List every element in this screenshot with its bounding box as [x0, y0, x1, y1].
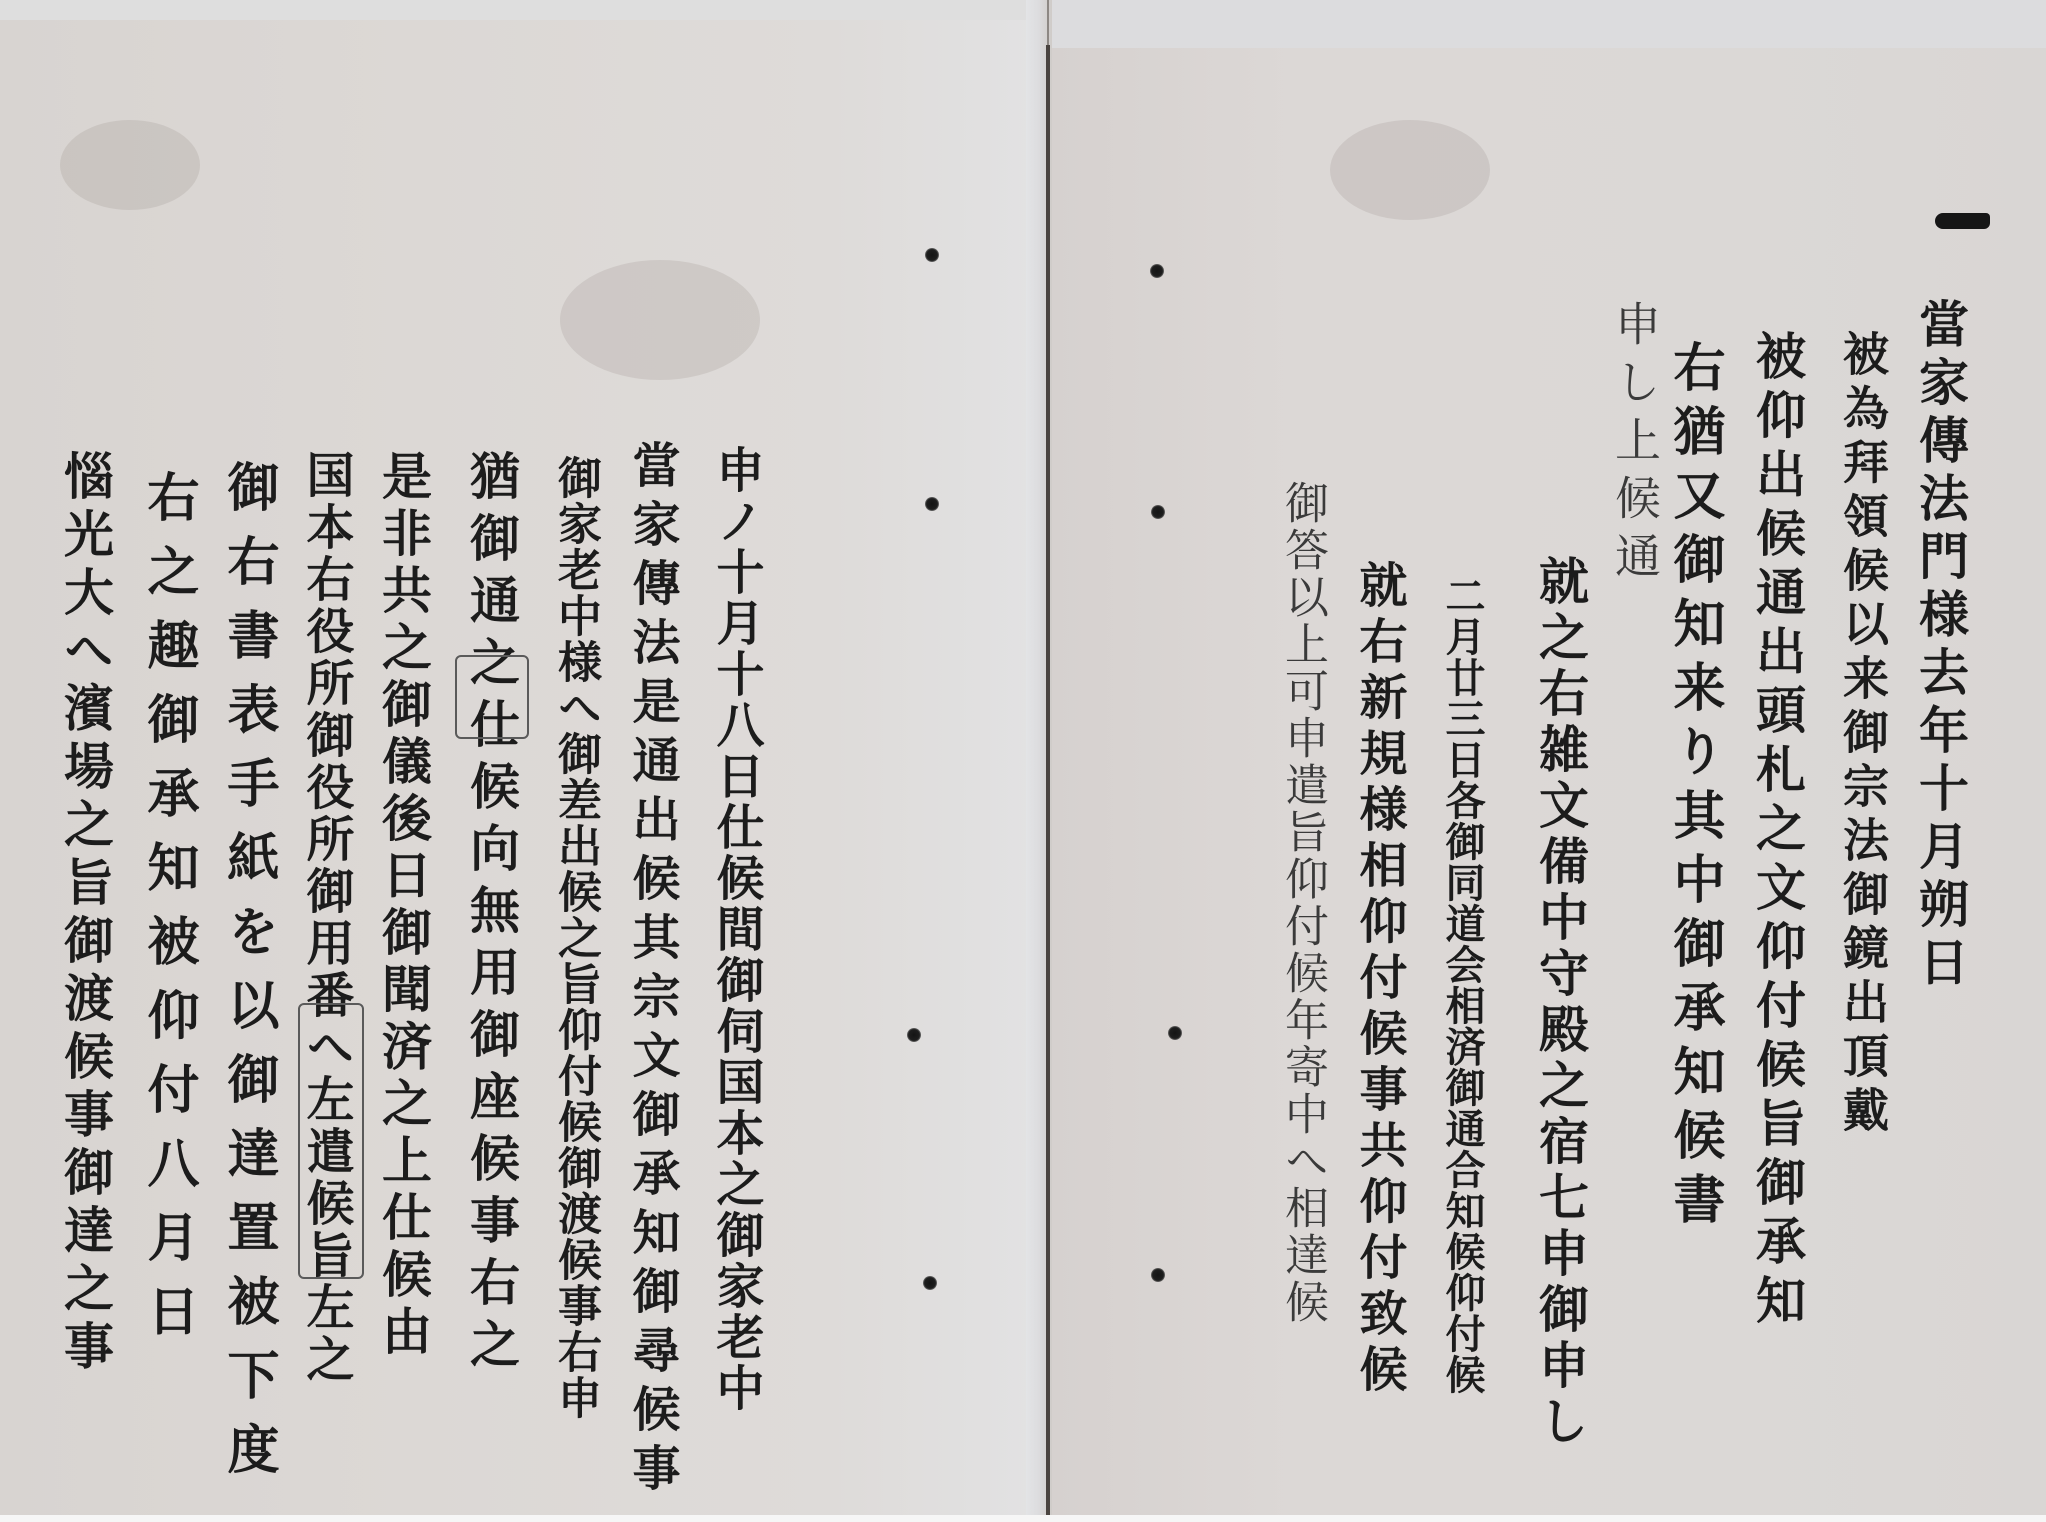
paper-stain: [1330, 120, 1490, 220]
left-column-1: 申ノ十月十八日仕候間御伺国本之御家老中: [712, 445, 760, 1414]
right-column-3: 被仰出候通出頭札之文仰付候旨御承知: [1752, 330, 1802, 1333]
binding-hole: [923, 1276, 937, 1290]
binding-hole: [1168, 1026, 1182, 1040]
left-column-7: 御右書表手紙を以御達置被下度: [222, 460, 274, 1496]
left-page-top-edge: [0, 0, 1040, 20]
right-column-9: 御答以上可申遣旨仰付候年寄中へ相達候: [1280, 480, 1324, 1326]
manuscript-scan: 當家傳法門様去年十月朔日 被為拜領候以来御宗法御鏡出頂戴 被仰出候通出頭札之文仰…: [0, 0, 2046, 1522]
paper-stain: [60, 120, 200, 210]
right-page-top-edge: [1052, 0, 2046, 48]
right-column-2: 被為拜領候以来御宗法御鏡出頂戴: [1840, 330, 1886, 1140]
boxed-annotation-1: [455, 655, 529, 739]
right-column-6: 就之右雑文備中守殿之宿七申御申し: [1535, 555, 1585, 1451]
binding-line-top: [1047, 0, 1049, 45]
left-column-9: 惱光大へ濱場之旨御渡候事御達之事: [60, 450, 110, 1378]
binding-hole: [1151, 505, 1165, 519]
binding-hole: [925, 497, 939, 511]
binding-hole: [907, 1028, 921, 1042]
left-column-8: 右之趣御承知被仰付八月日: [142, 470, 194, 1358]
boxed-annotation-2: [298, 1003, 364, 1279]
scan-bottom-edge: [0, 1515, 2046, 1522]
left-column-4: 猶御通之仕候向無用御座候事右之: [466, 450, 516, 1380]
left-column-2: 當家傳法是通出候其宗文御承知御尋候事: [628, 440, 676, 1502]
right-column-8: 就右新規様相仰付候事共仰付致候: [1355, 560, 1403, 1400]
binding-line: [1046, 45, 1050, 1515]
binding-hole: [925, 248, 939, 262]
right-column-5: 申し上候通: [1612, 300, 1658, 590]
paper-stain: [560, 260, 760, 380]
right-column-7: 二月廿三日各御同道会相済御通合知候仰付候: [1442, 575, 1482, 1395]
binding-hole: [1151, 1268, 1165, 1282]
item-marker-ichi: [1935, 213, 1990, 229]
binding-hole: [1150, 264, 1164, 278]
left-column-5: 是非共之御儀後日御聞済之上仕候由: [378, 450, 428, 1362]
right-column-4: 右猶又御知来り其中御承知候書: [1668, 340, 1720, 1236]
left-column-3: 御家老中様へ御差出候之旨仰付候御渡候事右申: [553, 455, 597, 1421]
right-column-1: 當家傳法門様去年十月朔日: [1915, 298, 1965, 994]
